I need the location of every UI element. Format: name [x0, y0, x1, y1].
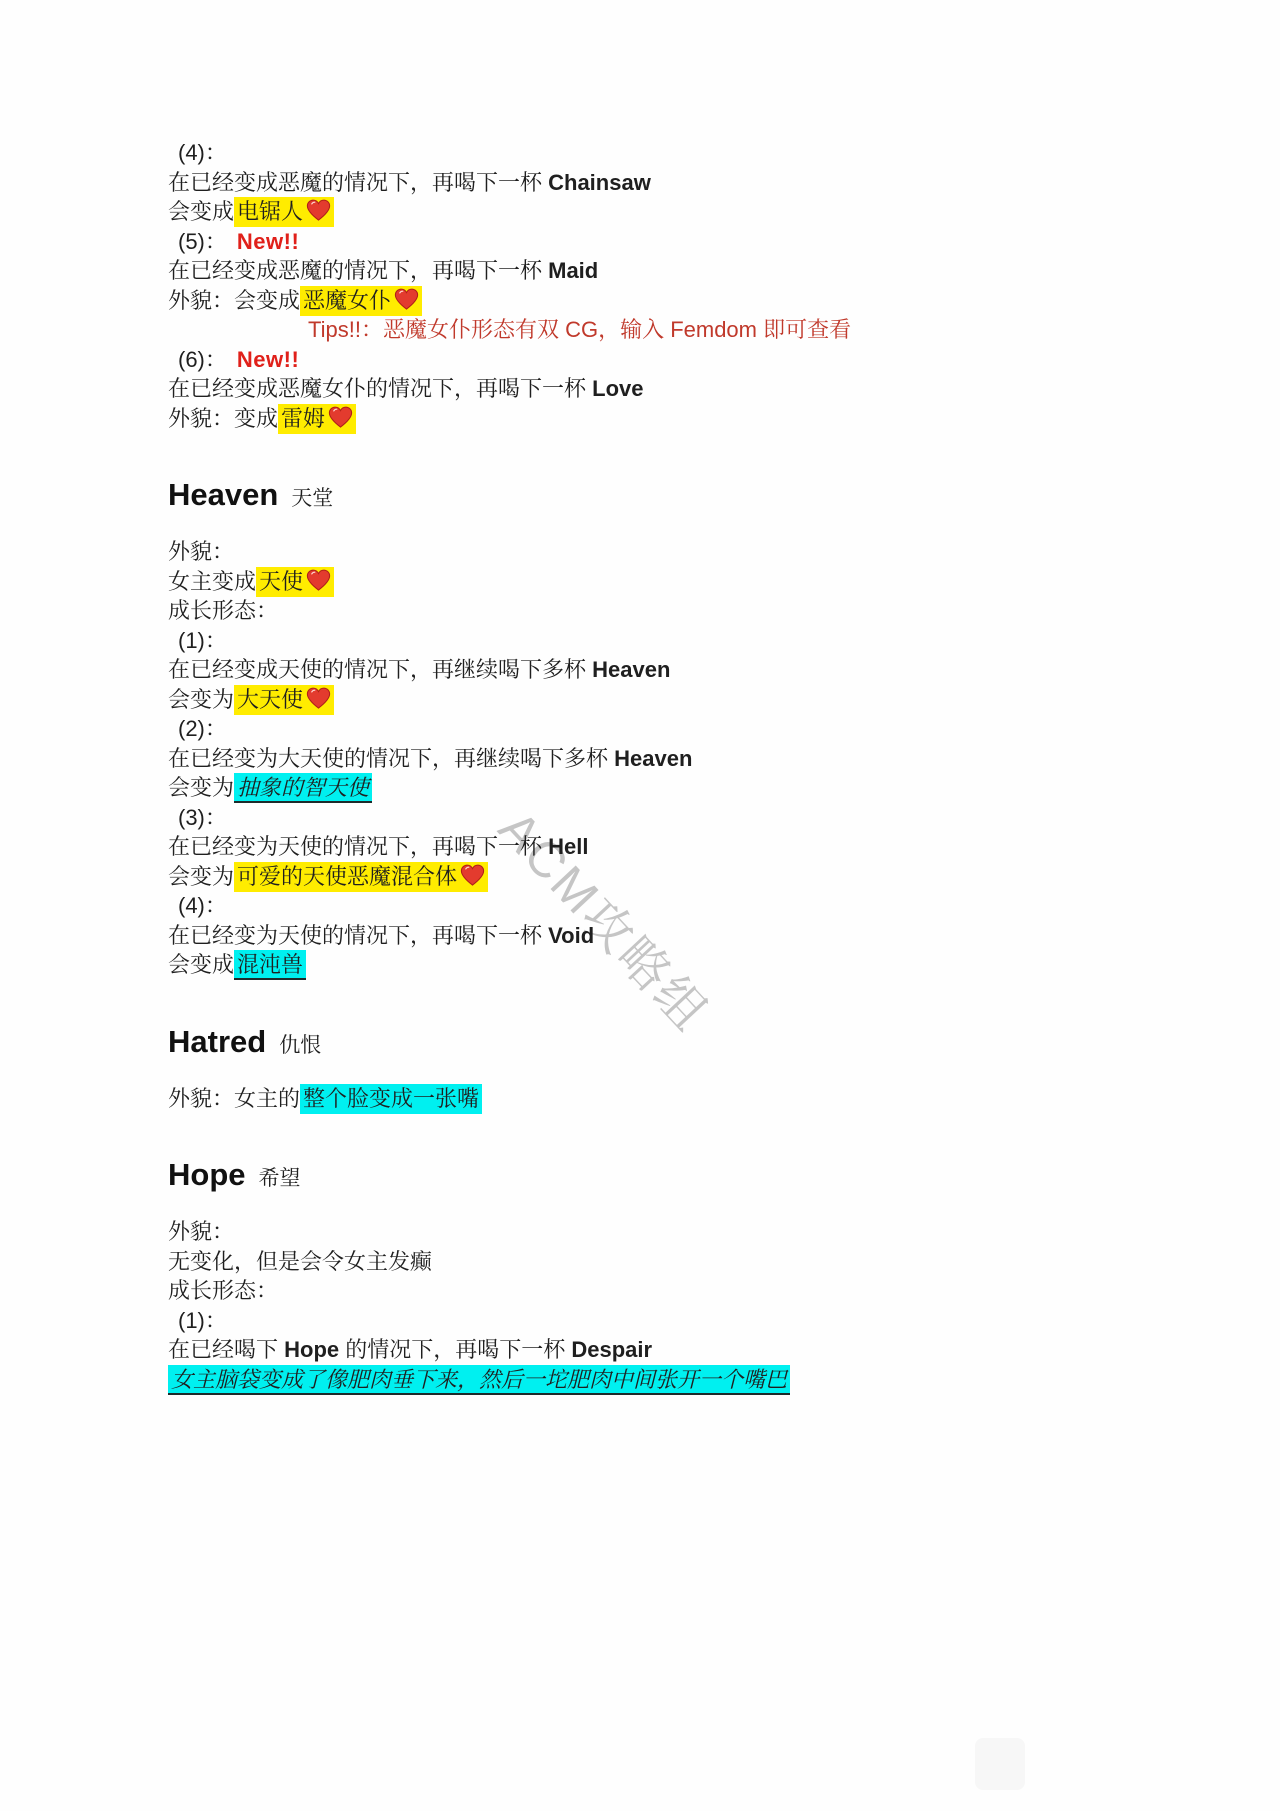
text-run: 在已经喝下 [168, 1337, 284, 1362]
drink-name: Chainsaw [548, 170, 651, 195]
section-title-zh: 天堂 [291, 487, 333, 510]
red-heart-icon [391, 288, 419, 313]
look-value: 无变化，但是会令女主发癫 [168, 1247, 1200, 1277]
highlighted-result: 天使 [256, 567, 334, 597]
section-heading: Hatred仇恨 [168, 1020, 1200, 1068]
drink-name: Hell [548, 834, 588, 859]
section-heading: Heaven天堂 [168, 473, 1200, 521]
new-badge: New!! [237, 347, 299, 372]
red-heart-icon [303, 569, 331, 594]
item-number: (2)： [168, 714, 1200, 744]
condition-line: 在已经变成恶魔的情况下，再喝下一杯 Chainsaw [168, 168, 1200, 198]
drink-name: Love [592, 376, 643, 401]
item-number: (1)： [168, 626, 1200, 656]
highlight-text: 电锯人 [237, 199, 303, 224]
condition-line: 在已经变成天使的情况下，再继续喝下多杯 Heaven [168, 655, 1200, 685]
text-run: 在已经变成恶魔的情况下，再喝下一杯 [168, 170, 548, 195]
text-run: 会变成 [168, 952, 234, 977]
growth-label: 成长形态： [168, 596, 1200, 626]
text-run: 在已经变为大天使的情况下，再继续喝下多杯 [168, 746, 614, 771]
item-number: (4)： [168, 138, 1200, 168]
section-title-zh: 仇恨 [279, 1034, 321, 1057]
section-title-zh: 希望 [259, 1167, 301, 1190]
section-heading: Hope希望 [168, 1153, 1200, 1201]
drink-name: Maid [548, 258, 598, 283]
text-run: 会变为 [168, 864, 234, 889]
result-line: 会变成电锯人 [168, 197, 1200, 227]
highlighted-result-cyan: 混沌兽 [234, 950, 306, 980]
highlight-text: 混沌兽 [237, 952, 303, 977]
item-number: (4)： [168, 891, 1200, 921]
highlighted-result-cyan: 女主脑袋变成了像肥肉垂下来，然后一坨肥肉中间张开一个嘴巴 [168, 1365, 790, 1395]
red-heart-icon [303, 687, 331, 712]
highlight-text: 整个脸变成一张嘴 [303, 1086, 479, 1111]
item-number-line: (6)：New!! [168, 345, 1200, 375]
highlighted-result: 恶魔女仆 [300, 286, 422, 316]
red-heart-icon [303, 199, 331, 224]
text-run: 在已经变为天使的情况下，再喝下一杯 [168, 923, 548, 948]
result-line: 女主脑袋变成了像肥肉垂下来，然后一坨肥肉中间张开一个嘴巴 [168, 1365, 1200, 1395]
text-run: 的情况下，再喝下一杯 [339, 1337, 571, 1362]
condition-line: 在已经变为天使的情况下，再喝下一杯 Void [168, 921, 1200, 951]
highlight-text: 恶魔女仆 [303, 288, 391, 313]
highlighted-result: 雷姆 [278, 404, 356, 434]
condition-line: 在已经喝下 Hope 的情况下，再喝下一杯 Despair [168, 1335, 1200, 1365]
item-number: (6)： [178, 347, 227, 372]
highlighted-result-cyan: 整个脸变成一张嘴 [300, 1084, 482, 1114]
text-run: 在已经变成恶魔的情况下，再喝下一杯 [168, 258, 548, 283]
result-line: 会变为抽象的智天使 [168, 773, 1200, 803]
look-label: 外貌： [168, 537, 1200, 567]
section-title-en: Hatred [168, 1024, 266, 1059]
text-run: 外貌：变成 [168, 406, 278, 431]
tips-line: Tips!!：恶魔女仆形态有双 CG，输入 Femdom 即可查看 [168, 315, 1200, 345]
section-heaven: Heaven天堂 外貌： 女主变成天使 成长形态： (1)： 在已经变成天使的情… [168, 473, 1200, 980]
result-line: 会变成混沌兽 [168, 950, 1200, 980]
document-page: ACM攻略组 (4)： 在已经变成恶魔的情况下，再喝下一杯 Chainsaw 会… [0, 0, 1280, 1811]
section-hope: Hope希望 外貌： 无变化，但是会令女主发癫 成长形态： (1)： 在已经喝下… [168, 1153, 1200, 1394]
section-title-en: Heaven [168, 477, 278, 512]
text-run: 会变成 [168, 199, 234, 224]
look-line: 外貌：女主的整个脸变成一张嘴 [168, 1084, 1200, 1114]
highlighted-result: 电锯人 [234, 197, 334, 227]
highlight-text: 抽象的智天使 [237, 775, 369, 800]
drink-name: Heaven [614, 746, 692, 771]
condition-line: 在已经变为大天使的情况下，再继续喝下多杯 Heaven [168, 744, 1200, 774]
section-hell-tail: (4)： 在已经变成恶魔的情况下，再喝下一杯 Chainsaw 会变成电锯人 (… [168, 138, 1200, 433]
highlighted-result-cyan: 抽象的智天使 [234, 773, 372, 803]
item-number: (3)： [168, 803, 1200, 833]
section-title-en: Hope [168, 1157, 246, 1192]
text-run: 在已经变为天使的情况下，再喝下一杯 [168, 834, 548, 859]
drink-name: Heaven [592, 657, 670, 682]
condition-line: 在已经变为天使的情况下，再喝下一杯 Hell [168, 832, 1200, 862]
text-run: 会变为 [168, 687, 234, 712]
result-line: 外貌：变成雷姆 [168, 404, 1200, 434]
growth-label: 成长形态： [168, 1276, 1200, 1306]
highlighted-result: 可爱的天使恶魔混合体 [234, 862, 488, 892]
result-line: 会变为可爱的天使恶魔混合体 [168, 862, 1200, 892]
drink-name: Hope [284, 1337, 339, 1362]
highlight-text: 雷姆 [281, 406, 325, 431]
text-run: 外貌：女主的 [168, 1086, 300, 1111]
document-content: (4)： 在已经变成恶魔的情况下，再喝下一杯 Chainsaw 会变成电锯人 (… [0, 0, 1280, 1394]
condition-line: 在已经变成恶魔女仆的情况下，再喝下一杯 Love [168, 374, 1200, 404]
text-run: 会变为 [168, 775, 234, 800]
item-number: (5)： [178, 229, 227, 254]
new-badge: New!! [237, 229, 299, 254]
red-heart-icon [325, 406, 353, 431]
highlight-text: 可爱的天使恶魔混合体 [237, 864, 457, 889]
highlight-text: 大天使 [237, 687, 303, 712]
drink-name: Void [548, 923, 594, 948]
highlighted-result: 大天使 [234, 685, 334, 715]
drink-name: Despair [571, 1337, 652, 1362]
faint-corner-logo [975, 1738, 1025, 1790]
result-line: 外貌：会变成恶魔女仆 [168, 286, 1200, 316]
highlight-text: 天使 [259, 569, 303, 594]
text-run: 在已经变成天使的情况下，再继续喝下多杯 [168, 657, 592, 682]
highlight-text: 女主脑袋变成了像肥肉垂下来，然后一坨肥肉中间张开一个嘴巴 [171, 1367, 787, 1392]
text-run: 外貌：会变成 [168, 288, 300, 313]
text-run: 女主变成 [168, 569, 256, 594]
section-hatred: Hatred仇恨 外貌：女主的整个脸变成一张嘴 [168, 1020, 1200, 1114]
look-line: 女主变成天使 [168, 567, 1200, 597]
item-number-line: (5)：New!! [168, 227, 1200, 257]
look-label: 外貌： [168, 1217, 1200, 1247]
item-number: (1)： [168, 1306, 1200, 1336]
text-run: 在已经变成恶魔女仆的情况下，再喝下一杯 [168, 376, 592, 401]
condition-line: 在已经变成恶魔的情况下，再喝下一杯 Maid [168, 256, 1200, 286]
result-line: 会变为大天使 [168, 685, 1200, 715]
red-heart-icon [457, 864, 485, 889]
